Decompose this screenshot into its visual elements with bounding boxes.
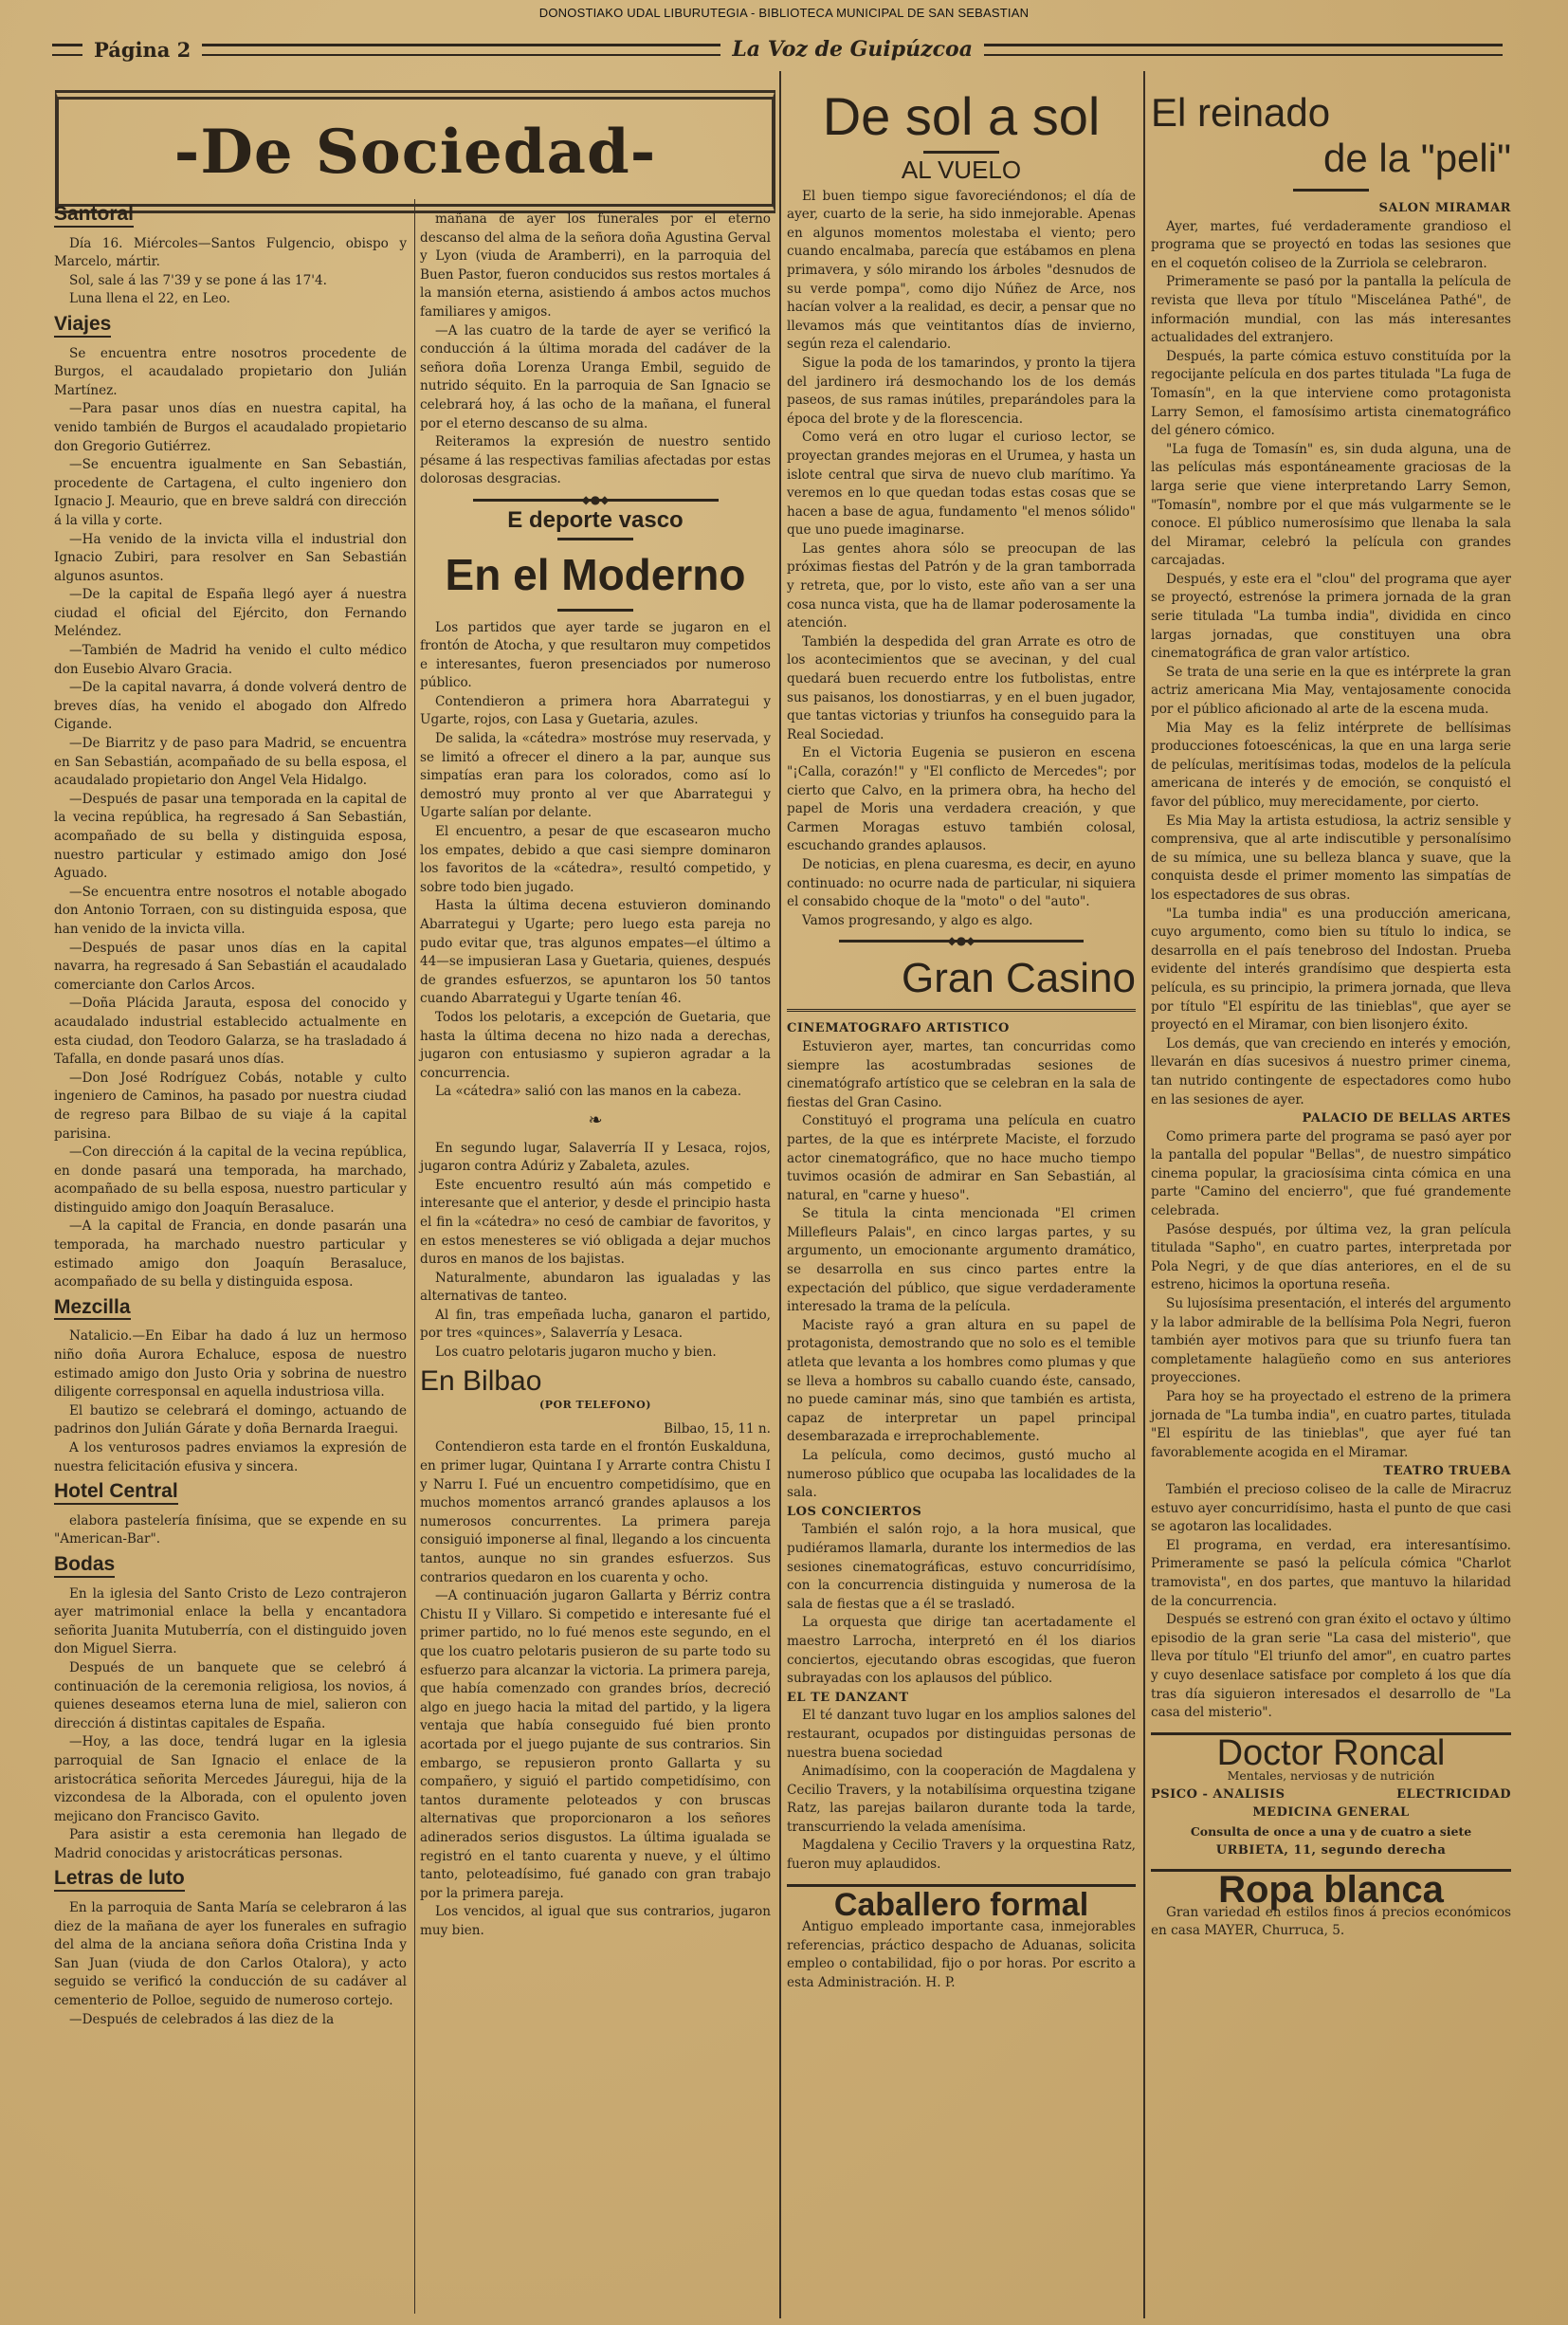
paragraph: En el Victoria Eugenia se pusieron en es… bbox=[787, 744, 1136, 856]
column-de-sol-a-sol: De sol a sol AL VUELO El buen tiempo sig… bbox=[787, 90, 1136, 1993]
doctor-roncal-specialties: Mentales, nerviosas y de nutrición bbox=[1151, 1767, 1511, 1785]
paragraph: Después, y este era el "clou" del progra… bbox=[1151, 571, 1511, 664]
paragraph: El programa, en verdad, era interesantís… bbox=[1151, 1537, 1511, 1611]
mezcilla-body: Natalicio.—En Eibar ha dado á luz un her… bbox=[54, 1327, 407, 1476]
salon-miramar-heading: SALON MIRAMAR bbox=[1151, 199, 1511, 218]
section-heading-viajes: Viajes bbox=[54, 315, 111, 338]
paragraph: Este encuentro resultó aún más competido… bbox=[420, 1177, 771, 1270]
gran-casino-title: Gran Casino bbox=[787, 952, 1136, 1012]
section-heading-mezcilla: Mezcilla bbox=[54, 1298, 131, 1321]
miramar-body: Ayer, martes, fué verdaderamente grandio… bbox=[1151, 218, 1511, 1110]
hotel-body: elabora pastelería finísima, que se expe… bbox=[54, 1512, 407, 1549]
paragraph: —Ha venido de la invicta villa el indust… bbox=[54, 531, 407, 587]
paragraph: De salida, la «cátedra» mostróse muy res… bbox=[420, 730, 771, 823]
paragraph: Después, la parte cómica estuvo constitu… bbox=[1151, 348, 1511, 441]
column-reinado-peli: El reinado de la "peli" SALON MIRAMAR Ay… bbox=[1151, 90, 1511, 1941]
paragraph: Mia May es la feliz intérprete de bellís… bbox=[1151, 720, 1511, 813]
paragraph: El buen tiempo sigue favoreciéndonos; el… bbox=[787, 188, 1136, 355]
column-sociedad: Santoral Día 16. Miércoles—Santos Fulgen… bbox=[54, 199, 407, 2029]
cinematografo-body: Estuvieron ayer, martes, tan concurridas… bbox=[787, 1038, 1136, 1503]
paragraph: También el salón rojo, a la hora musical… bbox=[787, 1521, 1136, 1614]
paragraph: Contendieron esta tarde en el frontón Eu… bbox=[420, 1438, 771, 1587]
masthead-rule bbox=[984, 44, 1503, 56]
paragraph: —Después de pasar una temporada en la ca… bbox=[54, 791, 407, 884]
asterism-icon: ❧ bbox=[420, 1111, 771, 1130]
paragraph: "La tumba india" es una producción ameri… bbox=[1151, 906, 1511, 1035]
column-divider bbox=[1143, 71, 1145, 2318]
paragraph: Después se estrenó con gran éxito el oct… bbox=[1151, 1611, 1511, 1723]
paragraph: —A continuación jugaron Gallarta y Bérri… bbox=[420, 1587, 771, 1903]
paragraph: Se titula la cinta mencionada "El crimen… bbox=[787, 1205, 1136, 1317]
doctor-roncal-services: PSICO - ANALISIS ELECTRICIDAD bbox=[1151, 1785, 1511, 1804]
luto-continuation: mañana de ayer los funerales por el eter… bbox=[420, 211, 771, 489]
electricidad-label: ELECTRICIDAD bbox=[1396, 1785, 1511, 1804]
newspaper-name: La Voz de Guipúzcoa bbox=[732, 37, 973, 62]
paragraph: Sol, sale á las 7'39 y se pone á las 17'… bbox=[54, 272, 407, 291]
paragraph: —Después de pasar unos días en la capita… bbox=[54, 940, 407, 996]
paragraph: Luna llena el 22, en Leo. bbox=[54, 290, 407, 309]
de-sociedad-banner: -De Sociedad- bbox=[55, 90, 775, 213]
bellas-artes-body: Como primera parte del programa se pasó … bbox=[1151, 1128, 1511, 1463]
medicina-general-label: MEDICINA GENERAL bbox=[1151, 1803, 1511, 1822]
al-vuelo-body: El buen tiempo sigue favoreciéndonos; el… bbox=[787, 188, 1136, 931]
short-rule bbox=[1293, 189, 1369, 192]
moderno-title: En el Moderno bbox=[420, 548, 771, 601]
paragraph: —Don José Rodríguez Cobás, notable y cul… bbox=[54, 1070, 407, 1144]
trueba-body: También el precioso coliseo de la calle … bbox=[1151, 1481, 1511, 1723]
paragraph: Ayer, martes, fué verdaderamente grandio… bbox=[1151, 218, 1511, 274]
paragraph: Para asistir a esta ceremonia han llegad… bbox=[54, 1826, 407, 1863]
paragraph: Se trata de una serie en la que es intér… bbox=[1151, 664, 1511, 720]
conciertos-subheading: LOS CONCIERTOS bbox=[787, 1503, 1136, 1522]
paragraph: Después de un banquete que se celebró á … bbox=[54, 1659, 407, 1733]
paragraph: —Doña Plácida Jarauta, esposa del conoci… bbox=[54, 995, 407, 1069]
te-danzant-body: El té danzant tuvo lugar en los amplios … bbox=[787, 1707, 1136, 1874]
paragraph: —También de Madrid ha venido el culto mé… bbox=[54, 642, 407, 679]
paragraph: Los cuatro pelotaris jugaron mucho y bie… bbox=[420, 1344, 771, 1363]
short-rule bbox=[923, 151, 999, 154]
viajes-body: Se encuentra entre nosotros procedente d… bbox=[54, 345, 407, 1292]
short-rule bbox=[557, 609, 633, 612]
paragraph: En la parroquia de Santa María se celebr… bbox=[54, 1899, 407, 2011]
paragraph: Al fin, tras empeñada lucha, ganaron el … bbox=[420, 1307, 771, 1344]
bilbao-dateline: Bilbao, 15, 11 n. bbox=[420, 1420, 771, 1439]
section-heading-luto: Letras de luto bbox=[54, 1869, 185, 1892]
paragraph: En la iglesia del Santo Cristo de Lezo c… bbox=[54, 1585, 407, 1659]
short-rule bbox=[557, 538, 633, 540]
cinematografo-subheading: CINEMATOGRAFO ARTISTICO bbox=[787, 1019, 1136, 1038]
page-number: Página 2 bbox=[94, 38, 191, 62]
paragraph: Magdalena y Cecilio Travers y la orquest… bbox=[787, 1837, 1136, 1874]
paragraph: La «cátedra» salió con las manos en la c… bbox=[420, 1083, 771, 1102]
paragraph: —Hoy, a las doce, tendrá lugar en la igl… bbox=[54, 1733, 407, 1826]
column-deportes: mañana de ayer los funerales por el eter… bbox=[420, 211, 771, 1940]
paragraph: mañana de ayer los funerales por el eter… bbox=[420, 211, 771, 322]
paragraph: Para hoy se ha proyectado el estreno de … bbox=[1151, 1388, 1511, 1462]
moderno-body-2: En segundo lugar, Salaverría II y Lesaca… bbox=[420, 1140, 771, 1363]
paragraph: —De la capital navarra, á donde volverá … bbox=[54, 679, 407, 735]
paragraph: La película, como decimos, gustó mucho a… bbox=[787, 1447, 1136, 1503]
ornamental-rule bbox=[473, 499, 719, 502]
paragraph: —De Biarritz y de paso para Madrid, se e… bbox=[54, 735, 407, 791]
teatro-trueba-heading: TEATRO TRUEBA bbox=[1151, 1462, 1511, 1481]
paragraph: Es Mia May la artista estudiosa, la actr… bbox=[1151, 813, 1511, 906]
masthead-rule bbox=[52, 44, 82, 56]
paragraph: Las gentes ahora sólo se preocupan de la… bbox=[787, 540, 1136, 633]
paragraph: Su lujosísima presentación, el interés d… bbox=[1151, 1295, 1511, 1388]
paragraph: Estuvieron ayer, martes, tan concurridas… bbox=[787, 1038, 1136, 1112]
te-danzant-subheading: EL TE DANZANT bbox=[787, 1689, 1136, 1708]
conciertos-body: También el salón rojo, a la hora musical… bbox=[787, 1521, 1136, 1688]
reinado-title-line1: El reinado bbox=[1151, 90, 1511, 136]
caballero-formal-ad-title: Caballero formal bbox=[787, 1896, 1136, 1915]
caballero-formal-ad-text: Antiguo empleado importante casa, inmejo… bbox=[787, 1918, 1136, 1992]
section-heading-santoral: Santoral bbox=[54, 205, 134, 228]
paragraph: El té danzant tuvo lugar en los amplios … bbox=[787, 1707, 1136, 1763]
paragraph: Los vencidos, al igual que sus contrario… bbox=[420, 1903, 771, 1940]
ropa-blanca-ad-text: Gran variedad en estilos finos á precios… bbox=[1151, 1904, 1511, 1941]
deporte-kicker: E deporte vasco bbox=[420, 511, 771, 530]
paragraph: Hasta la última decena estuvieron domina… bbox=[420, 897, 771, 1009]
paragraph: Reiteramos la expresión de nuestro senti… bbox=[420, 433, 771, 489]
banner-title: -De Sociedad- bbox=[174, 117, 657, 188]
paragraph: Primeramente se pasó por la pantalla la … bbox=[1151, 273, 1511, 347]
paragraph: Maciste rayó a gran altura en su papel d… bbox=[787, 1317, 1136, 1447]
paragraph: Naturalmente, abundaron las igualadas y … bbox=[420, 1270, 771, 1307]
paragraph: —Para pasar unos días en nuestra capital… bbox=[54, 400, 407, 456]
bilbao-subtitle: (POR TELEFONO) bbox=[420, 1396, 771, 1415]
paragraph: "La fuga de Tomasín" es, sin duda alguna… bbox=[1151, 441, 1511, 571]
paragraph: También la despedida del gran Arrate es … bbox=[787, 633, 1136, 745]
paragraph: Todos los pelotaris, a excepción de Guet… bbox=[420, 1009, 771, 1083]
reinado-title-line2: de la "peli" bbox=[1151, 136, 1511, 181]
paragraph: El encuentro, a pesar de que escasearon … bbox=[420, 823, 771, 897]
section-heading-hotel: Hotel Central bbox=[54, 1482, 178, 1505]
paragraph: Contendieron a primera hora Abarrategui … bbox=[420, 693, 771, 730]
masthead-rule bbox=[202, 44, 720, 56]
paragraph: Día 16. Miércoles—Santos Fulgencio, obis… bbox=[54, 235, 407, 272]
ornamental-rule bbox=[839, 940, 1084, 943]
doctor-roncal-ad-title: Doctor Roncal bbox=[1151, 1745, 1511, 1764]
paragraph: En segundo lugar, Salaverría II y Lesaca… bbox=[420, 1140, 771, 1177]
paragraph: —Se encuentra igualmente en San Sebastiá… bbox=[54, 456, 407, 530]
moderno-body: Los partidos que ayer tarde se jugaron e… bbox=[420, 619, 771, 1102]
paragraph: —A la capital de Francia, en donde pasar… bbox=[54, 1217, 407, 1291]
paragraph: Vamos progresando, y algo es algo. bbox=[787, 912, 1136, 931]
paragraph: —Después de celebrados á las diez de la bbox=[54, 2011, 407, 2030]
paragraph: —Se encuentra entre nosotros el notable … bbox=[54, 884, 407, 940]
ropa-blanca-ad-title: Ropa blanca bbox=[1151, 1881, 1511, 1900]
column-divider bbox=[779, 71, 781, 2318]
paragraph: Natalicio.—En Eibar ha dado á luz un her… bbox=[54, 1327, 407, 1401]
paragraph: También el precioso coliseo de la calle … bbox=[1151, 1481, 1511, 1537]
section-heading-bodas: Bodas bbox=[54, 1555, 115, 1578]
paragraph: Como verá en otro lugar el curioso lecto… bbox=[787, 429, 1136, 540]
column-divider bbox=[414, 199, 415, 2314]
paragraph: —De la capital de España llegó ayer á nu… bbox=[54, 586, 407, 642]
doctor-address: URBIETA, 11, segundo derecha bbox=[1151, 1841, 1511, 1860]
paragraph: Se encuentra entre nosotros procedente d… bbox=[54, 345, 407, 401]
bilbao-title: En Bilbao bbox=[420, 1372, 771, 1391]
psicoanalisis-label: PSICO - ANALISIS bbox=[1151, 1785, 1285, 1804]
paragraph: De noticias, en plena cuaresma, es decir… bbox=[787, 856, 1136, 912]
masthead: Página 2 La Voz de Guipúzcoa bbox=[52, 36, 1503, 63]
paragraph: La orquesta que dirige tan acertadamente… bbox=[787, 1614, 1136, 1688]
de-sol-a-sol-title: De sol a sol bbox=[787, 90, 1136, 143]
paragraph: —Con dirección á la capital de la vecina… bbox=[54, 1144, 407, 1217]
paragraph: Animadísimo, con la cooperación de Magda… bbox=[787, 1763, 1136, 1837]
al-vuelo-kicker: AL VUELO bbox=[787, 161, 1136, 180]
bodas-body: En la iglesia del Santo Cristo de Lezo c… bbox=[54, 1585, 407, 1864]
library-watermark: DONOSTIAKO UDAL LIBURUTEGIA - BIBLIOTECA… bbox=[0, 6, 1568, 20]
consulta-hours: Consulta de once a una y de cuatro a sie… bbox=[1151, 1822, 1511, 1841]
luto-body: En la parroquia de Santa María se celebr… bbox=[54, 1899, 407, 2029]
paragraph: Los demás, que van creciendo en interés … bbox=[1151, 1035, 1511, 1109]
paragraph: elabora pastelería finísima, que se expe… bbox=[54, 1512, 407, 1549]
bilbao-body: Contendieron esta tarde en el frontón Eu… bbox=[420, 1438, 771, 1940]
paragraph: —A las cuatro de la tarde de ayer se ver… bbox=[420, 322, 771, 434]
paragraph: Los partidos que ayer tarde se jugaron e… bbox=[420, 619, 771, 693]
paragraph: Pasóse después, por última vez, la gran … bbox=[1151, 1221, 1511, 1295]
paragraph: Como primera parte del programa se pasó … bbox=[1151, 1128, 1511, 1221]
paragraph: A los venturosos padres enviamos la expr… bbox=[54, 1439, 407, 1476]
paragraph: El bautizo se celebrará el domingo, actu… bbox=[54, 1402, 407, 1439]
paragraph: Sigue la poda de los tamarindos, y pront… bbox=[787, 355, 1136, 429]
paragraph: Constituyó el programa una película en c… bbox=[787, 1112, 1136, 1205]
bellas-artes-heading: PALACIO DE BELLAS ARTES bbox=[1151, 1109, 1511, 1128]
santoral-body: Día 16. Miércoles—Santos Fulgencio, obis… bbox=[54, 235, 407, 309]
